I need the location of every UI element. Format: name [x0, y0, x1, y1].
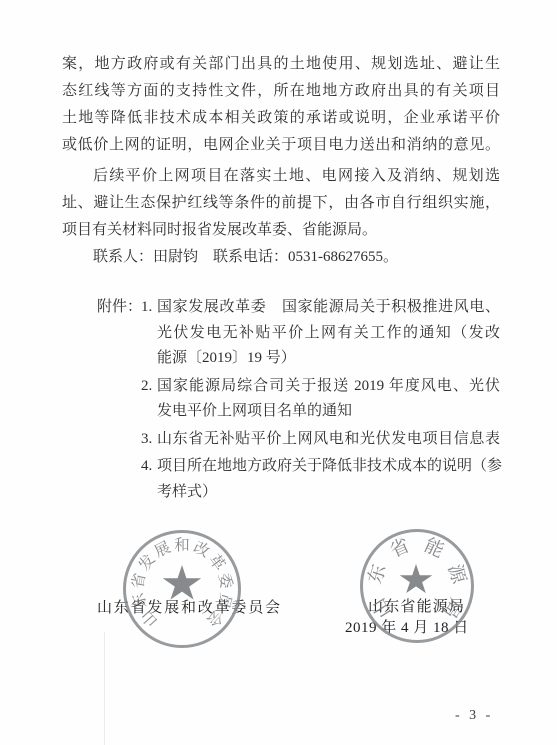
- text-line: 项目有关材料同时报省发展改革委、省能源局。: [62, 217, 500, 244]
- text-line: 或低价上网的证明，电网企业关于项目电力送出和消纳的意见。: [62, 132, 500, 159]
- attachment-item: 1. 国家发展改革委 国家能源局关于积极推进风电、 光伏发电无补贴平价上网有关工…: [141, 295, 500, 372]
- text-line: 发电平价上网项目名单的通知: [157, 399, 500, 425]
- paragraph-followup-projects: 后续平价上网项目在落实土地、电网接入及消纳、规划选 址、避让生态保护红线等条件的…: [62, 163, 500, 244]
- page-number: - 3 -: [455, 708, 493, 724]
- text-line: 能源〔2019〕19 号）: [157, 346, 500, 372]
- attachments-list: 1. 国家发展改革委 国家能源局关于积极推进风电、 光伏发电无补贴平价上网有关工…: [141, 295, 500, 507]
- text-line: 态红线等方面的支持性文件，所在地地方政府出具的有关项目: [62, 78, 500, 105]
- seal-development-reform-commission: 山东省发展和改革委员会: [123, 530, 241, 648]
- text-line: 土地等降低非技术成本相关政策的承诺或说明，企业承诺平价: [62, 105, 500, 132]
- scan-artifact-line: [104, 632, 105, 745]
- text-line: 国家能源局综合司关于报送 2019 年度风电、光伏: [157, 374, 500, 400]
- attachment-item: 2. 国家能源局综合司关于报送 2019 年度风电、光伏 发电平价上网项目名单的…: [141, 374, 500, 425]
- document-page: 案，地方政府或有关部门出具的土地使用、规划选址、避让生 态红线等方面的支持性文件…: [0, 0, 557, 745]
- attachment-number: 1.: [141, 295, 157, 321]
- text-line: 项目所在地地方政府关于降低非技术成本的说明（参: [157, 454, 500, 480]
- seal-arc-text: 山东省能源局: [363, 532, 471, 640]
- text-line: 考样式）: [157, 480, 500, 506]
- text-line: 光伏发电无补贴平价上网有关工作的通知（发改: [157, 321, 500, 347]
- text-line: 后续平价上网项目在落实土地、电网接入及消纳、规划选: [62, 163, 500, 190]
- attachment-number: 2.: [141, 374, 157, 400]
- attachment-number: 3.: [141, 427, 157, 453]
- text-line: 案，地方政府或有关部门出具的土地使用、规划选址、避让生: [62, 51, 500, 78]
- paragraph-continued: 案，地方政府或有关部门出具的土地使用、规划选址、避让生 态红线等方面的支持性文件…: [62, 51, 500, 159]
- seal-energy-administration: 山东省能源局: [360, 529, 474, 643]
- text-line: 国家发展改革委 国家能源局关于积极推进风电、: [157, 295, 500, 321]
- attachment-number: 4.: [141, 454, 157, 480]
- text-line: 址、避让生态保护红线等条件的前提下，由各市自行组织实施，: [62, 190, 500, 217]
- attachments-label: 附件：: [97, 295, 142, 321]
- text-line: 联系人：田尉钧 联系电话：0531-68627655。: [62, 244, 500, 271]
- document-body: 案，地方政府或有关部门出具的土地使用、规划选址、避让生 态红线等方面的支持性文件…: [62, 51, 500, 271]
- attachment-item: 3. 山东省无补贴平价上网风电和光伏发电项目信息表: [141, 427, 500, 453]
- attachment-item: 4. 项目所在地地方政府关于降低非技术成本的说明（参 考样式）: [141, 454, 500, 505]
- text-line: 山东省无补贴平价上网风电和光伏发电项目信息表: [157, 427, 500, 453]
- seal-arc-text: 山东省发展和改革委员会: [126, 533, 238, 645]
- contact-line: 联系人：田尉钧 联系电话：0531-68627655。: [62, 244, 500, 271]
